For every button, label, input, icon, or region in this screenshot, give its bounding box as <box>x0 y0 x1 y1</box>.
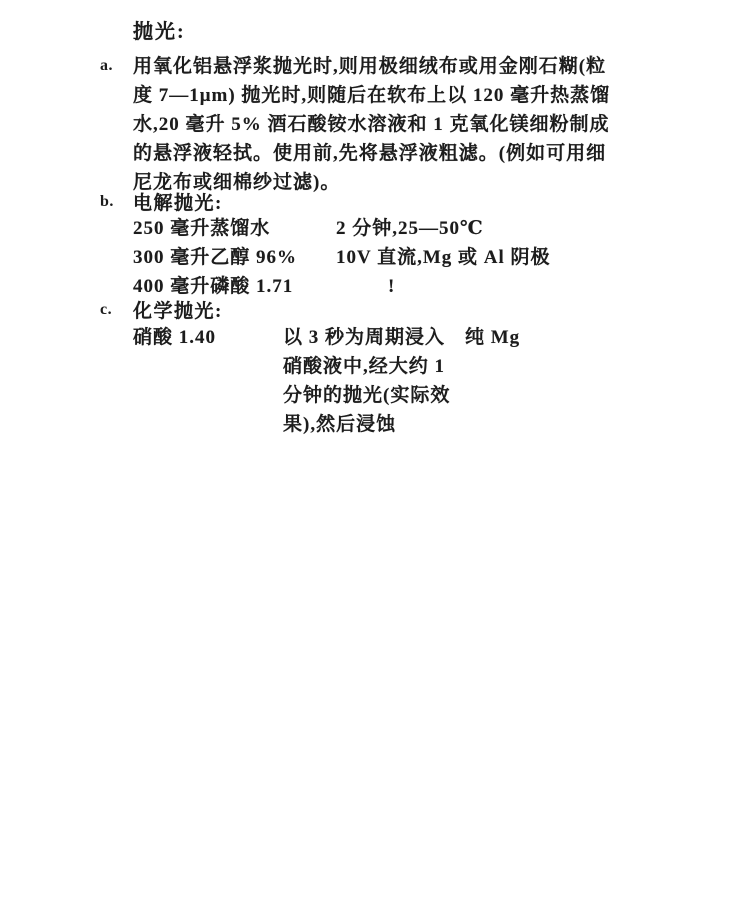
page-title: 抛光: <box>133 15 186 44</box>
chemical-solution: 硝酸 1.40 <box>133 323 216 352</box>
scanned-document-page: 抛光: a. 用氧化铝悬浮浆抛光时,则用极细绒布或用金刚石糊(粒 度 7—1μm… <box>0 0 747 900</box>
recipe-condition: ! <box>336 272 593 301</box>
paragraph-mechanical-polishing: 用氧化铝悬浮浆抛光时,则用极细绒布或用金刚石糊(粒 度 7—1μm) 抛光时,则… <box>133 52 638 197</box>
paragraph-line: 用氧化铝悬浮浆抛光时,则用极细绒布或用金刚石糊(粒 <box>133 52 638 81</box>
target-material: 纯 Mg <box>465 323 520 352</box>
electrolytic-polishing-heading: 电解抛光: <box>133 188 223 215</box>
table-row: 250 毫升蒸馏水 2 分钟,25—50℃ <box>133 214 593 243</box>
electrolytic-polishing-table: 250 毫升蒸馏水 2 分钟,25—50℃ 300 毫升乙醇 96% 10V 直… <box>133 214 593 301</box>
paragraph-line: 度 7—1μm) 抛光时,则随后在软布上以 120 毫升热蒸馏 <box>133 81 638 110</box>
recipe-ingredient: 300 毫升乙醇 96% <box>133 243 336 272</box>
procedure-line: 分钟的抛光(实际效 <box>283 381 498 410</box>
recipe-condition: 10V 直流,Mg 或 Al 阴极 <box>336 243 593 272</box>
paragraph-line: 的悬浮液轻拭。使用前,先将悬浮液粗滤。(例如可用细 <box>133 139 638 168</box>
recipe-ingredient: 250 毫升蒸馏水 <box>133 214 336 243</box>
list-label-a: a. <box>100 57 113 75</box>
list-label-b: b. <box>100 193 114 211</box>
table-row: 300 毫升乙醇 96% 10V 直流,Mg 或 Al 阴极 <box>133 243 593 272</box>
recipe-condition: 2 分钟,25—50℃ <box>336 214 593 243</box>
paragraph-line: 水,20 毫升 5% 酒石酸铵水溶液和 1 克氧化镁细粉制成 <box>133 110 638 139</box>
chemical-polishing-heading: 化学抛光: <box>133 296 223 323</box>
list-label-c: c. <box>100 301 112 319</box>
procedure-line: 果),然后浸蚀 <box>283 410 498 439</box>
procedure-line: 硝酸液中,经大约 1 <box>283 352 498 381</box>
